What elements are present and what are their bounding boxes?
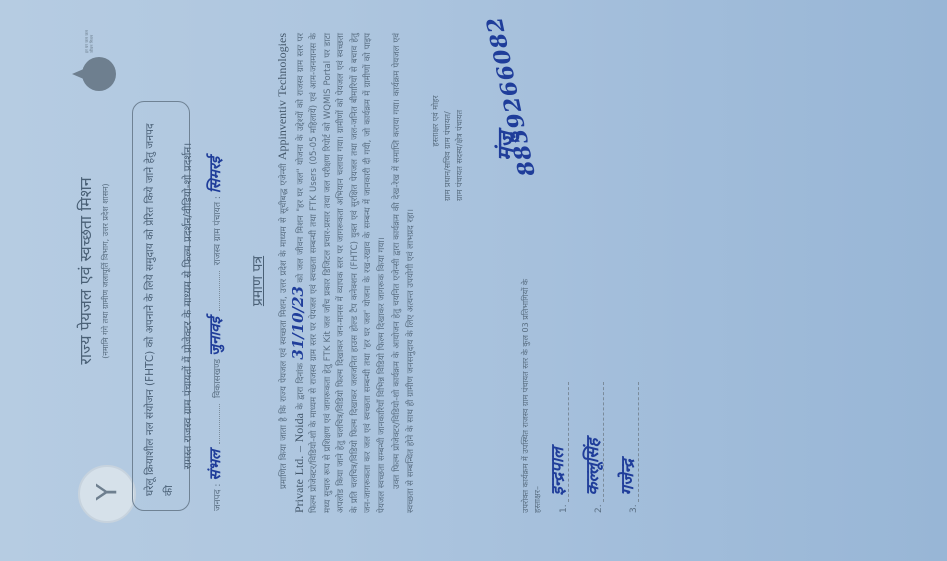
- witness-row-3: 3. गजेन्द्र: [625, 313, 639, 513]
- certificate-heading: प्रमाण पत्र: [248, 221, 267, 341]
- signatory-label-3: ग्राम पंचायत सदस्य/क्षेत्र पंचायत: [454, 41, 466, 201]
- district-label: जनपद :: [213, 484, 223, 511]
- witness-row-1: 1. इन्द्रपाल: [555, 313, 569, 513]
- logo-caption: हर घर जल जल जीवन मिशन: [84, 29, 94, 53]
- witness-signature: कल्लूसिंह: [580, 438, 603, 495]
- witness-intro-line-1: उपरोक्त कार्यक्रम में उपस्थित राजस्व ग्र…: [520, 33, 532, 513]
- village-value: सिमरई: [206, 157, 224, 194]
- dotted-line: [219, 404, 220, 444]
- signatory-label-2: ग्राम प्रधान/सचिव ग्राम पंचायत/: [442, 41, 454, 201]
- location-row: जनपद : संभल विकासखण्ड जुनावई राजस्व ग्रा…: [205, 31, 225, 511]
- boxed-heading: घरेलू क्रियाशील नल संयोजन (FHTC) को अपना…: [132, 101, 190, 511]
- y-emblem-icon: Y: [92, 477, 122, 507]
- document-title: राज्य पेयजल एवं स्वच्छता मिशन: [74, 121, 96, 421]
- boxed-heading-line-1: घरेलू क्रियाशील नल संयोजन (FHTC) को अपना…: [141, 116, 179, 496]
- body-line-1: प्रमाणित किया जाता है कि राज्य पेयजल एवं…: [279, 163, 289, 489]
- document-subtitle: (नमामि गंगे तथा ग्रामीण जलापूर्ति विभाग,…: [100, 121, 111, 421]
- witness-number: 2.: [594, 504, 604, 513]
- witness-intro: उपरोक्त कार्यक्रम में उपस्थित राजस्व ग्र…: [520, 33, 544, 513]
- block-label: विकासखण्ड: [213, 359, 223, 398]
- body-line-8: स्वच्छता सम्बन्धी जानकारियाँ विभिन्न विड…: [377, 353, 387, 488]
- witness-signature: इन्द्रपाल: [545, 447, 568, 495]
- body-line-9: फिल्म दिखाकर जागरूक किया गया।: [377, 237, 387, 350]
- witness-number: 1.: [559, 504, 569, 513]
- village-label: राजस्व ग्राम पंचायत :: [213, 196, 223, 265]
- district-value: संभल: [206, 450, 224, 481]
- certificate-body: प्रमाणित किया जाता है कि राज्य पेयजल एवं…: [276, 33, 420, 513]
- signature-line: कल्लूसिंह: [590, 382, 604, 502]
- witness-row-2: 2. कल्लूसिंह: [590, 313, 604, 513]
- block-value: जुनावई: [206, 317, 224, 356]
- signatory-block: हस्ताक्षर एवं मोहर ग्राम प्रधान/सचिव ग्र…: [430, 41, 466, 201]
- signature-line: गजेन्द्र: [625, 382, 639, 502]
- witness-signature: गजेन्द्र: [615, 459, 638, 495]
- signatory-label-1: हस्ताक्षर एवं मोहर: [430, 41, 442, 201]
- body-paragraph-2: उक्त फिल्म प्रोजेक्टर/विडियो-शो कार्यक्र…: [391, 33, 418, 513]
- boxed-heading-line-2: समस्त राजस्व ग्राम पंचायतों में प्रोजेक्…: [179, 116, 198, 496]
- witness-number: 3.: [629, 504, 639, 513]
- jal-jeevan-mission-logo: हर घर जल जल जीवन मिशन: [72, 51, 120, 91]
- signature-line: इन्द्रपाल: [555, 382, 569, 502]
- water-tap-emblem-logo: Y: [78, 465, 136, 523]
- program-date: 31/10/23: [289, 286, 307, 360]
- certificate-page: हर घर जल जल जीवन मिशन Y राज्य पेयजल एवं …: [0, 0, 947, 561]
- witness-intro-line-2: हस्ताक्षर–: [532, 33, 544, 513]
- water-drop-icon: [82, 57, 116, 91]
- dotted-line: [219, 271, 220, 311]
- date-prefix: के द्वारा दिनांक: [296, 363, 306, 410]
